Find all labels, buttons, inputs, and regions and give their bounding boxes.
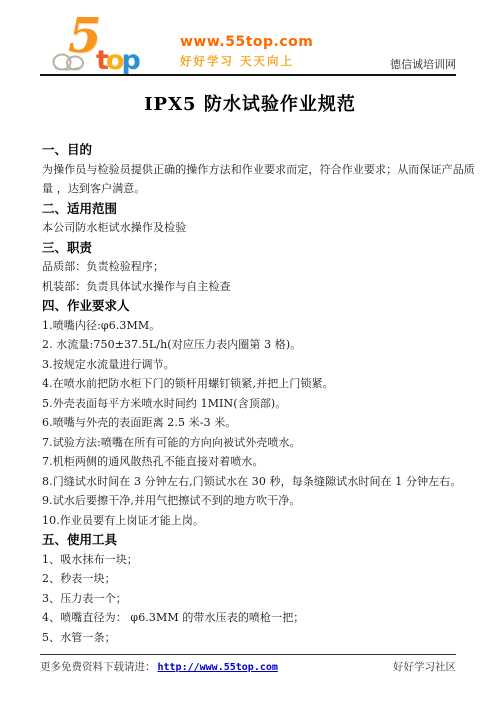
body-line: 机装部：负责具体试水操作与自主检查	[42, 277, 458, 297]
section-scope: 二、适用范围 本公司防水柜试水操作及检验	[42, 199, 458, 238]
logo-letter-p: p	[121, 45, 137, 76]
logo-text-column: www.55top.com 好好学习 天天向上	[180, 34, 313, 74]
list-item: 9.试水后要擦干净,并用气把擦试不到的地方吹干净。	[42, 491, 458, 511]
section-heading: 五、使用工具	[42, 530, 458, 550]
list-item: 1.喷嘴内径:φ6.3MM。	[42, 316, 458, 336]
footer-community-label: 好好学习社区	[393, 659, 456, 674]
list-item: 3、压力表一个；	[42, 589, 458, 609]
logo-letter-o: o	[106, 45, 122, 76]
footer-prefix: 更多免费资料下载请进：	[40, 661, 156, 673]
section-purpose: 一、目的 为操作员与检验员提供正确的操作方法和作业要求而定，符合作业要求；从而保…	[42, 140, 458, 199]
logo-slogan: 好好学习 天天向上	[180, 53, 313, 69]
page-title: IPX5 防水试验作业规范	[42, 90, 458, 116]
list-item: 2. 水流量:750±37.5L/h(对应压力表内圈第 3 格)。	[42, 335, 458, 355]
logo-top-letters: top	[96, 47, 138, 74]
section-heading: 四、作业要求人	[42, 296, 458, 316]
list-item: 1、吸水抹布一块；	[42, 550, 458, 570]
section-heading: 一、目的	[42, 140, 458, 160]
list-item: 6.喷嘴与外壳的表面距离 2.5 米-3 米。	[42, 413, 458, 433]
header-divider	[40, 74, 456, 76]
section-heading: 三、职责	[42, 238, 458, 258]
section-responsibility: 三、职责 品质部：负责检验程序； 机装部：负责具体试水操作与自主检查	[42, 238, 458, 297]
body-line: 为操作员与检验员提供正确的操作方法和作业要求而定，符合作业要求；从而保证产品质	[42, 160, 458, 180]
logo-url-text: www.55top.com	[180, 34, 313, 50]
list-item: 10.作业员要有上岗证才能上岗。	[42, 511, 458, 531]
body-line: 品质部：负责检验程序；	[42, 257, 458, 277]
page-footer: 更多免费资料下载请进：http://www.55top.com 好好学习社区	[40, 654, 456, 674]
logo-mark: 5 top	[52, 20, 172, 74]
list-item: 8.门缝试水时间在 3 分钟左右,门锁试水在 30 秒，每条缝隙试水时间在 1 …	[42, 472, 458, 492]
list-item: 5.外壳表面每平方米喷水时间约 1MIN(含顶部)。	[42, 394, 458, 414]
document-content: IPX5 防水试验作业规范 一、目的 为操作员与检验员提供正确的操作方法和作业要…	[42, 86, 458, 647]
list-item: 2、秒表一块；	[42, 569, 458, 589]
footer-download-note: 更多免费资料下载请进：http://www.55top.com	[40, 659, 278, 674]
section-work-requirements: 四、作业要求人 1.喷嘴内径:φ6.3MM。 2. 水流量:750±37.5L/…	[42, 296, 458, 530]
document-page: 5 top www.55top.com 好好学习 天天向上 德信诚培训网 IPX…	[0, 0, 496, 702]
site-logo: 5 top www.55top.com 好好学习 天天向上	[52, 20, 313, 74]
section-heading: 二、适用范围	[42, 199, 458, 219]
body-line: 量 ，达到客户满意。	[42, 179, 458, 199]
section-tools: 五、使用工具 1、吸水抹布一块； 2、秒表一块； 3、压力表一个； 4、喷嘴直径…	[42, 530, 458, 647]
list-item: 7.试验方法:喷嘴在所有可能的方向向被试外壳喷水。	[42, 433, 458, 453]
logo-letter-t: t	[96, 45, 106, 76]
footer-site-link[interactable]: http://www.55top.com	[158, 662, 278, 673]
list-item: 5、水管一条；	[42, 628, 458, 648]
list-item: 4.在喷水前把防水柜下门的锁杆用螺钉锁紧,并把上门锁紧。	[42, 374, 458, 394]
list-item: 4、喷嘴直径为： φ6.3MM 的带水压表的喷枪一把；	[42, 608, 458, 628]
list-item: 7.机柜两侧的通风散热孔不能直接对着喷水。	[42, 452, 458, 472]
body-line: 本公司防水柜试水操作及检验	[42, 218, 458, 238]
site-name-label: 德信诚培训网	[390, 56, 456, 72]
list-item: 3.按规定水流量进行调节。	[42, 355, 458, 375]
